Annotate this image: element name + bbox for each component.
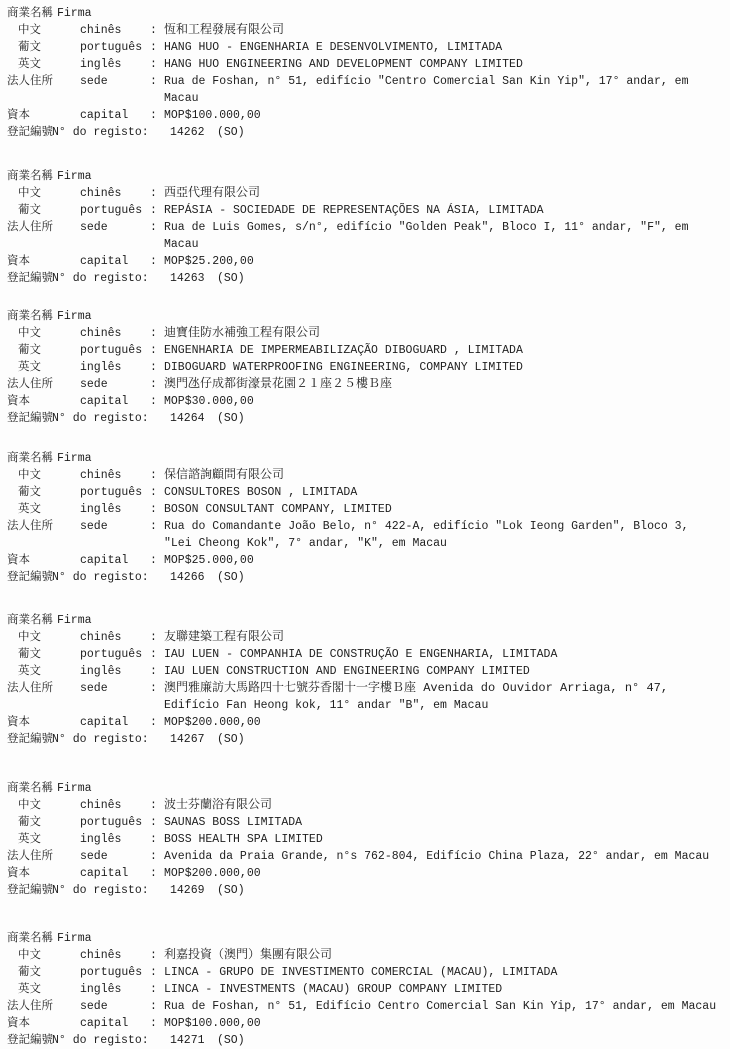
registo-number: 14262 (170, 124, 205, 141)
colon-separator: : (150, 73, 157, 90)
label-capital-pt: capital (80, 253, 128, 270)
registo-row: 登記編號 N° do registo: 14269 (SO) (0, 882, 730, 899)
label-sede-pt: sede (80, 518, 108, 535)
label-chines-zh: 中文 (18, 467, 41, 484)
colon-separator: : (150, 185, 157, 202)
registo-row: 登記編號 N° do registo: 14266 (SO) (0, 569, 730, 586)
firma-header-row: 商業名稱 Firma (0, 612, 730, 629)
english-name-row: 英文 inglês : BOSON CONSULTANT COMPANY, LI… (0, 501, 730, 518)
colon-separator: : (150, 1015, 157, 1032)
colon-separator: : (150, 797, 157, 814)
label-ingles-zh: 英文 (18, 56, 41, 73)
english-name-row: 英文 inglês : LINCA - INVESTMENTS (MACAU) … (0, 981, 730, 998)
company-record: 商業名稱 Firma 中文 chinês : 恆和工程發展有限公司 葡文 por… (0, 5, 730, 141)
sede-value: Rua de Foshan, n° 51, edifício "Centro C… (164, 73, 689, 90)
label-portugues-pt: português (80, 646, 142, 663)
colon-separator: : (150, 202, 157, 219)
label-ingles-zh: 英文 (18, 981, 41, 998)
portuguese-name-row: 葡文 português : SAUNAS BOSS LIMITADA (0, 814, 730, 831)
portuguese-name-value: CONSULTORES BOSON , LIMITADA (164, 484, 357, 501)
label-registo-pt: N° do registo: (52, 1032, 149, 1049)
label-ingles-zh: 英文 (18, 359, 41, 376)
label-firma-zh: 商業名稱 (7, 168, 53, 185)
colon-separator: : (150, 56, 157, 73)
registo-suffix: (SO) (217, 124, 245, 141)
colon-separator: : (150, 393, 157, 410)
colon-separator: : (150, 552, 157, 569)
capital-row: 資本 capital : MOP$200.000,00 (0, 714, 730, 731)
label-capital-zh: 資本 (7, 107, 30, 124)
label-registo-pt: N° do registo: (52, 124, 149, 141)
chinese-name-row: 中文 chinês : 友聯建築工程有限公司 (0, 629, 730, 646)
label-capital-pt: capital (80, 107, 128, 124)
registo-row: 登記編號 N° do registo: 14263 (SO) (0, 270, 730, 287)
label-registo-zh: 登記編號 (7, 270, 53, 287)
label-chines-zh: 中文 (18, 629, 41, 646)
english-name-value: BOSS HEALTH SPA LIMITED (164, 831, 323, 848)
label-registo-zh: 登記編號 (7, 731, 53, 748)
portuguese-name-value: SAUNAS BOSS LIMITADA (164, 814, 302, 831)
label-capital-pt: capital (80, 393, 128, 410)
label-registo-zh: 登記編號 (7, 569, 53, 586)
label-capital-zh: 資本 (7, 552, 30, 569)
label-firma-pt: Firma (57, 5, 92, 22)
firma-header-row: 商業名稱 Firma (0, 780, 730, 797)
capital-value: MOP$25.200,00 (164, 253, 254, 270)
english-name-row: 英文 inglês : DIBOGUARD WATERPROOFING ENGI… (0, 359, 730, 376)
company-record: 商業名稱 Firma 中文 chinês : 西亞代理有限公司 葡文 portu… (0, 168, 730, 287)
capital-value: MOP$200.000,00 (164, 714, 261, 731)
portuguese-name-row: 葡文 português : LINCA - GRUPO DE INVESTIM… (0, 964, 730, 981)
label-registo-pt: N° do registo: (52, 270, 149, 287)
label-sede-zh: 法人住所 (7, 73, 53, 90)
colon-separator: : (150, 22, 157, 39)
label-sede-zh: 法人住所 (7, 376, 53, 393)
sede-row: 法人住所 sede : Avenida da Praia Grande, n°s… (0, 848, 730, 865)
portuguese-name-row: 葡文 português : ENGENHARIA DE IMPERMEABIL… (0, 342, 730, 359)
label-sede-pt: sede (80, 848, 108, 865)
label-chines-zh: 中文 (18, 325, 41, 342)
registo-suffix: (SO) (217, 569, 245, 586)
chinese-name-row: 中文 chinês : 恆和工程發展有限公司 (0, 22, 730, 39)
sede-wrap-row: "Lei Cheong Kok", 7° andar, "K", em Maca… (0, 535, 730, 552)
portuguese-name-row: 葡文 português : HANG HUO - ENGENHARIA E D… (0, 39, 730, 56)
label-portugues-pt: português (80, 814, 142, 831)
english-name-row: 英文 inglês : BOSS HEALTH SPA LIMITED (0, 831, 730, 848)
capital-value: MOP$30.000,00 (164, 393, 254, 410)
label-capital-zh: 資本 (7, 253, 30, 270)
english-name-value: IAU LUEN CONSTRUCTION AND ENGINEERING CO… (164, 663, 530, 680)
sede-wrap-row: Edifício Fan Heong kok, 11° andar "B", e… (0, 697, 730, 714)
colon-separator: : (150, 467, 157, 484)
label-ingles-pt: inglês (80, 663, 121, 680)
label-portugues-zh: 葡文 (18, 342, 41, 359)
colon-separator: : (150, 663, 157, 680)
label-sede-zh: 法人住所 (7, 998, 53, 1015)
capital-row: 資本 capital : MOP$25.000,00 (0, 552, 730, 569)
colon-separator: : (150, 376, 157, 393)
label-registo-pt: N° do registo: (52, 569, 149, 586)
capital-row: 資本 capital : MOP$100.000,00 (0, 107, 730, 124)
label-ingles-zh: 英文 (18, 663, 41, 680)
label-firma-zh: 商業名稱 (7, 780, 53, 797)
label-firma-pt: Firma (57, 612, 92, 629)
label-firma-zh: 商業名稱 (7, 5, 53, 22)
label-portugues-zh: 葡文 (18, 202, 41, 219)
colon-separator: : (150, 714, 157, 731)
label-registo-pt: N° do registo: (52, 731, 149, 748)
label-chines-zh: 中文 (18, 22, 41, 39)
colon-separator: : (150, 39, 157, 56)
label-registo-zh: 登記編號 (7, 410, 53, 427)
firma-header-row: 商業名稱 Firma (0, 930, 730, 947)
portuguese-name-value: IAU LUEN - COMPANHIA DE CONSTRUÇÃO E ENG… (164, 646, 557, 663)
firma-header-row: 商業名稱 Firma (0, 450, 730, 467)
sede-row: 法人住所 sede : Rua do Comandante João Belo,… (0, 518, 730, 535)
registo-number: 14264 (170, 410, 205, 427)
sede-value-line2: Edifício Fan Heong kok, 11° andar "B", e… (164, 697, 488, 714)
colon-separator: : (150, 831, 157, 848)
registo-suffix: (SO) (217, 731, 245, 748)
label-registo-pt: N° do registo: (52, 882, 149, 899)
sede-row: 法人住所 sede : 澳門雅廉訪大馬路四十七號芬香閣十一字樓Ｂ座 Avenid… (0, 680, 730, 697)
capital-row: 資本 capital : MOP$200.000,00 (0, 865, 730, 882)
label-ingles-pt: inglês (80, 501, 121, 518)
sede-value-line2: "Lei Cheong Kok", 7° andar, "K", em Maca… (164, 535, 447, 552)
colon-separator: : (150, 947, 157, 964)
sede-wrap-row: Macau (0, 90, 730, 107)
label-ingles-pt: inglês (80, 56, 121, 73)
company-record: 商業名稱 Firma 中文 chinês : 保信諮詢顧問有限公司 葡文 por… (0, 450, 730, 586)
label-firma-pt: Firma (57, 168, 92, 185)
label-capital-zh: 資本 (7, 393, 30, 410)
chinese-name-value: 波士芬蘭浴有限公司 (164, 797, 272, 814)
chinese-name-value: 西亞代理有限公司 (164, 185, 260, 202)
sede-row: 法人住所 sede : Rua de Luis Gomes, s/n°, edi… (0, 219, 730, 236)
sede-value: Avenida da Praia Grande, n°s 762-804, Ed… (164, 848, 709, 865)
label-portugues-zh: 葡文 (18, 964, 41, 981)
portuguese-name-value: ENGENHARIA DE IMPERMEABILIZAÇÃO DIBOGUAR… (164, 342, 523, 359)
chinese-name-row: 中文 chinês : 迪寶佳防水補強工程有限公司 (0, 325, 730, 342)
registo-suffix: (SO) (217, 410, 245, 427)
english-name-row: 英文 inglês : HANG HUO ENGINEERING AND DEV… (0, 56, 730, 73)
english-name-value: LINCA - INVESTMENTS (MACAU) GROUP COMPAN… (164, 981, 502, 998)
label-ingles-pt: inglês (80, 981, 121, 998)
sede-value: Rua do Comandante João Belo, n° 422-A, e… (164, 518, 689, 535)
label-portugues-zh: 葡文 (18, 646, 41, 663)
sede-value: Rua de Luis Gomes, s/n°, edifício "Golde… (164, 219, 689, 236)
sede-row: 法人住所 sede : 澳門氹仔成都街濠景花園２１座２５樓Ｂ座 (0, 376, 730, 393)
colon-separator: : (150, 629, 157, 646)
label-sede-zh: 法人住所 (7, 848, 53, 865)
company-record: 商業名稱 Firma 中文 chinês : 迪寶佳防水補強工程有限公司 葡文 … (0, 308, 730, 427)
portuguese-name-value: LINCA - GRUPO DE INVESTIMENTO COMERCIAL … (164, 964, 557, 981)
colon-separator: : (150, 219, 157, 236)
sede-value: Rua de Foshan, n° 51, Edifício Centro Co… (164, 998, 716, 1015)
label-chines-zh: 中文 (18, 797, 41, 814)
capital-row: 資本 capital : MOP$30.000,00 (0, 393, 730, 410)
registry-gazette-page: 商業名稱 Firma 中文 chinês : 恆和工程發展有限公司 葡文 por… (0, 0, 730, 1049)
chinese-name-value: 友聯建築工程有限公司 (164, 629, 284, 646)
capital-value: MOP$100.000,00 (164, 107, 261, 124)
label-sede-pt: sede (80, 73, 108, 90)
label-ingles-zh: 英文 (18, 831, 41, 848)
label-firma-zh: 商業名稱 (7, 450, 53, 467)
portuguese-name-value: HANG HUO - ENGENHARIA E DESENVOLVIMENTO,… (164, 39, 502, 56)
company-record: 商業名稱 Firma 中文 chinês : 利嘉投資（澳門）集團有限公司 葡文… (0, 930, 730, 1049)
registo-number: 14267 (170, 731, 205, 748)
registo-number: 14271 (170, 1032, 205, 1049)
label-firma-pt: Firma (57, 308, 92, 325)
label-registo-zh: 登記編號 (7, 882, 53, 899)
label-capital-pt: capital (80, 1015, 128, 1032)
label-chines-pt: chinês (80, 467, 121, 484)
label-firma-pt: Firma (57, 780, 92, 797)
capital-value: MOP$100.000,00 (164, 1015, 261, 1032)
label-firma-zh: 商業名稱 (7, 930, 53, 947)
label-sede-pt: sede (80, 998, 108, 1015)
label-chines-pt: chinês (80, 325, 121, 342)
english-name-row: 英文 inglês : IAU LUEN CONSTRUCTION AND EN… (0, 663, 730, 680)
chinese-name-row: 中文 chinês : 西亞代理有限公司 (0, 185, 730, 202)
colon-separator: : (150, 848, 157, 865)
colon-separator: : (150, 325, 157, 342)
label-chines-zh: 中文 (18, 947, 41, 964)
colon-separator: : (150, 359, 157, 376)
registo-suffix: (SO) (217, 270, 245, 287)
english-name-value: BOSON CONSULTANT COMPANY, LIMITED (164, 501, 392, 518)
label-registo-zh: 登記編號 (7, 124, 53, 141)
registo-suffix: (SO) (217, 882, 245, 899)
label-ingles-pt: inglês (80, 359, 121, 376)
label-chines-pt: chinês (80, 185, 121, 202)
firma-header-row: 商業名稱 Firma (0, 308, 730, 325)
label-portugues-pt: português (80, 342, 142, 359)
label-portugues-pt: português (80, 39, 142, 56)
capital-row: 資本 capital : MOP$25.200,00 (0, 253, 730, 270)
label-chines-pt: chinês (80, 947, 121, 964)
sede-value-line2: Macau (164, 236, 199, 253)
capital-value: MOP$25.000,00 (164, 552, 254, 569)
sede-value: 澳門氹仔成都街濠景花園２１座２５樓Ｂ座 (164, 376, 392, 393)
label-portugues-pt: português (80, 202, 142, 219)
portuguese-name-row: 葡文 português : CONSULTORES BOSON , LIMIT… (0, 484, 730, 501)
english-name-value: DIBOGUARD WATERPROOFING ENGINEERING, COM… (164, 359, 523, 376)
label-sede-zh: 法人住所 (7, 518, 53, 535)
portuguese-name-row: 葡文 português : IAU LUEN - COMPANHIA DE C… (0, 646, 730, 663)
label-capital-pt: capital (80, 714, 128, 731)
label-registo-pt: N° do registo: (52, 410, 149, 427)
label-capital-zh: 資本 (7, 865, 30, 882)
capital-row: 資本 capital : MOP$100.000,00 (0, 1015, 730, 1032)
registo-number: 14266 (170, 569, 205, 586)
colon-separator: : (150, 964, 157, 981)
label-ingles-zh: 英文 (18, 501, 41, 518)
portuguese-name-row: 葡文 português : REPÁSIA - SOCIEDADE DE RE… (0, 202, 730, 219)
label-portugues-zh: 葡文 (18, 484, 41, 501)
registo-row: 登記編號 N° do registo: 14262 (SO) (0, 124, 730, 141)
label-portugues-pt: português (80, 964, 142, 981)
colon-separator: : (150, 680, 157, 697)
registo-number: 14269 (170, 882, 205, 899)
colon-separator: : (150, 998, 157, 1015)
colon-separator: : (150, 981, 157, 998)
colon-separator: : (150, 865, 157, 882)
label-portugues-zh: 葡文 (18, 814, 41, 831)
label-sede-pt: sede (80, 376, 108, 393)
chinese-name-value: 保信諮詢顧問有限公司 (164, 467, 284, 484)
label-firma-pt: Firma (57, 450, 92, 467)
colon-separator: : (150, 501, 157, 518)
label-chines-pt: chinês (80, 629, 121, 646)
label-capital-pt: capital (80, 552, 128, 569)
label-capital-zh: 資本 (7, 714, 30, 731)
registo-row: 登記編號 N° do registo: 14271 (SO) (0, 1032, 730, 1049)
company-record: 商業名稱 Firma 中文 chinês : 友聯建築工程有限公司 葡文 por… (0, 612, 730, 748)
label-chines-pt: chinês (80, 797, 121, 814)
colon-separator: : (150, 646, 157, 663)
registo-suffix: (SO) (217, 1032, 245, 1049)
sede-row: 法人住所 sede : Rua de Foshan, n° 51, Edifíc… (0, 998, 730, 1015)
label-chines-pt: chinês (80, 22, 121, 39)
capital-value: MOP$200.000,00 (164, 865, 261, 882)
registo-number: 14263 (170, 270, 205, 287)
colon-separator: : (150, 107, 157, 124)
label-ingles-pt: inglês (80, 831, 121, 848)
colon-separator: : (150, 814, 157, 831)
sede-wrap-row: Macau (0, 236, 730, 253)
chinese-name-row: 中文 chinês : 利嘉投資（澳門）集團有限公司 (0, 947, 730, 964)
company-record: 商業名稱 Firma 中文 chinês : 波士芬蘭浴有限公司 葡文 port… (0, 780, 730, 899)
registo-row: 登記編號 N° do registo: 14264 (SO) (0, 410, 730, 427)
sede-value: 澳門雅廉訪大馬路四十七號芬香閣十一字樓Ｂ座 Avenida do Ouvidor… (164, 680, 668, 697)
firma-header-row: 商業名稱 Firma (0, 5, 730, 22)
portuguese-name-value: REPÁSIA - SOCIEDADE DE REPRESENTAÇÕES NA… (164, 202, 544, 219)
sede-value-line2: Macau (164, 90, 199, 107)
english-name-value: HANG HUO ENGINEERING AND DEVELOPMENT COM… (164, 56, 523, 73)
label-portugues-zh: 葡文 (18, 39, 41, 56)
colon-separator: : (150, 253, 157, 270)
chinese-name-row: 中文 chinês : 波士芬蘭浴有限公司 (0, 797, 730, 814)
label-sede-pt: sede (80, 219, 108, 236)
label-firma-zh: 商業名稱 (7, 308, 53, 325)
label-portugues-pt: português (80, 484, 142, 501)
label-sede-zh: 法人住所 (7, 219, 53, 236)
chinese-name-value: 迪寶佳防水補強工程有限公司 (164, 325, 320, 342)
registo-row: 登記編號 N° do registo: 14267 (SO) (0, 731, 730, 748)
label-chines-zh: 中文 (18, 185, 41, 202)
label-registo-zh: 登記編號 (7, 1032, 53, 1049)
label-sede-pt: sede (80, 680, 108, 697)
label-capital-zh: 資本 (7, 1015, 30, 1032)
sede-row: 法人住所 sede : Rua de Foshan, n° 51, edifíc… (0, 73, 730, 90)
chinese-name-row: 中文 chinês : 保信諮詢顧問有限公司 (0, 467, 730, 484)
colon-separator: : (150, 342, 157, 359)
chinese-name-value: 利嘉投資（澳門）集團有限公司 (164, 947, 332, 964)
chinese-name-value: 恆和工程發展有限公司 (164, 22, 284, 39)
colon-separator: : (150, 484, 157, 501)
label-capital-pt: capital (80, 865, 128, 882)
label-firma-zh: 商業名稱 (7, 612, 53, 629)
colon-separator: : (150, 518, 157, 535)
firma-header-row: 商業名稱 Firma (0, 168, 730, 185)
label-firma-pt: Firma (57, 930, 92, 947)
label-sede-zh: 法人住所 (7, 680, 53, 697)
